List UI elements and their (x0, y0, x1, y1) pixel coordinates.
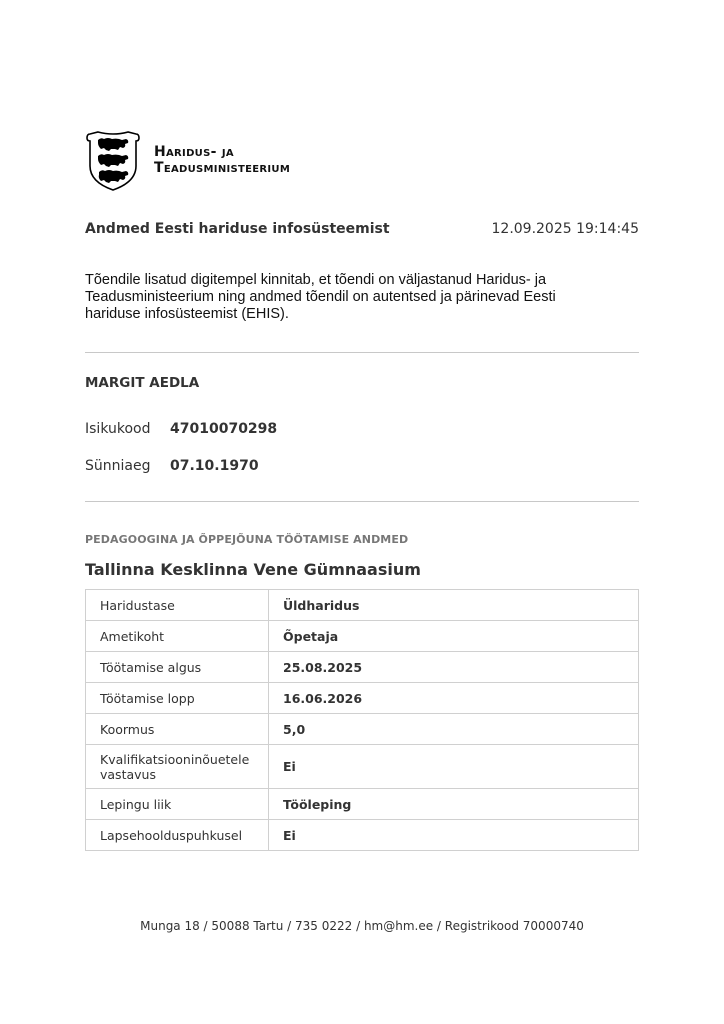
source-title: Andmed Eesti hariduse infosüsteemist (85, 221, 390, 237)
field-value: 47010070298 (170, 421, 277, 437)
row-label: Kvalifikatsiooninõuetele vastavus (86, 745, 269, 789)
row-value: Ei (269, 745, 639, 789)
table-row: Lapsehoolduspuhkusel Ei (86, 820, 639, 851)
row-value: 16.06.2026 (269, 683, 639, 714)
row-value: 5,0 (269, 714, 639, 745)
table-row: Koormus 5,0 (86, 714, 639, 745)
estonian-coat-of-arms-icon (84, 128, 142, 192)
row-label: Haridustase (86, 590, 269, 621)
ministry-name-line2: Teadusministeerium (154, 160, 290, 176)
field-label: Isikukood (85, 421, 170, 437)
row-value: Tööleping (269, 789, 639, 820)
footer-contact: Munga 18 / 50088 Tartu / 735 0222 / hm@h… (0, 919, 724, 933)
row-label: Töötamise lopp (86, 683, 269, 714)
row-label: Koormus (86, 714, 269, 745)
field-personal-code: Isikukood 47010070298 (85, 421, 277, 437)
row-label: Lapsehoolduspuhkusel (86, 820, 269, 851)
table-row: Ametikoht Õpetaja (86, 621, 639, 652)
row-value: Üldharidus (269, 590, 639, 621)
field-value: 07.10.1970 (170, 458, 259, 474)
school-name: Tallinna Kesklinna Vene Gümnaasium (85, 560, 421, 579)
ministry-name-line1: Haridus- ja (154, 144, 290, 160)
table-row: Haridustase Üldharidus (86, 590, 639, 621)
field-label: Sünniaeg (85, 458, 170, 474)
divider (85, 352, 639, 353)
divider (85, 501, 639, 502)
table-row: Töötamise algus 25.08.2025 (86, 652, 639, 683)
table-row: Kvalifikatsiooninõuetele vastavus Ei (86, 745, 639, 789)
intro-text: Tõendile lisatud digitempel kinnitab, et… (85, 272, 615, 323)
issue-timestamp: 12.09.2025 19:14:45 (492, 221, 640, 237)
row-label: Ametikoht (86, 621, 269, 652)
table-row: Töötamise lopp 16.06.2026 (86, 683, 639, 714)
row-label: Lepingu liik (86, 789, 269, 820)
person-name: MARGIT AEDLA (85, 375, 199, 391)
row-value: Õpetaja (269, 621, 639, 652)
row-value: 25.08.2025 (269, 652, 639, 683)
row-value: Ei (269, 820, 639, 851)
source-row: Andmed Eesti hariduse infosüsteemist 12.… (85, 221, 639, 237)
ministry-logo: Haridus- ja Teadusministeerium (84, 128, 290, 192)
employment-table: Haridustase Üldharidus Ametikoht Õpetaja… (85, 589, 639, 851)
table-row: Lepingu liik Tööleping (86, 789, 639, 820)
section-label: PEDAGOOGINA JA ÕPPEJÕUNA TÖÖTAMISE ANDME… (85, 533, 408, 546)
ministry-name: Haridus- ja Teadusministeerium (154, 144, 290, 176)
row-label: Töötamise algus (86, 652, 269, 683)
field-birth-date: Sünniaeg 07.10.1970 (85, 458, 259, 474)
